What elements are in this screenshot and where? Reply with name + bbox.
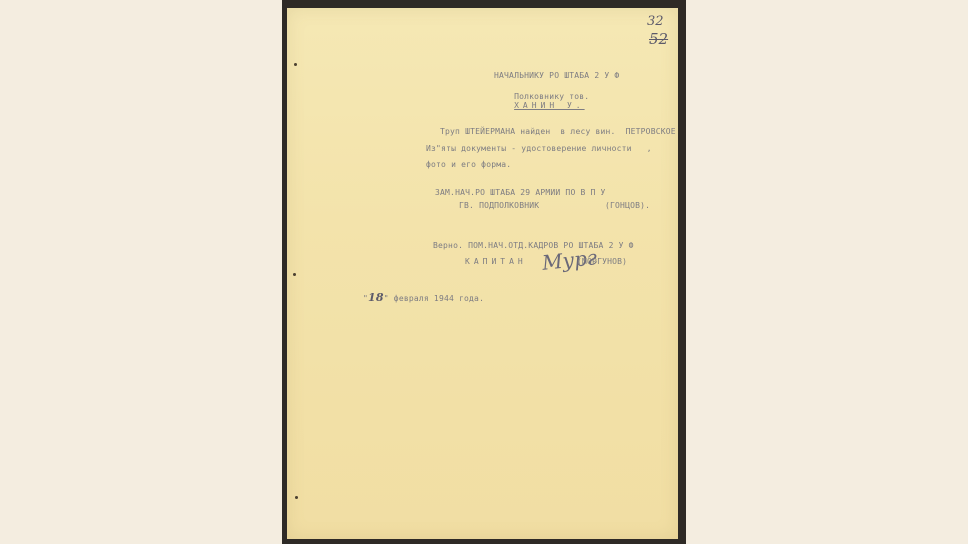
addressee-name: ХАНИН У. (514, 101, 585, 110)
signature-block2-rank: КАПИТАН (465, 257, 527, 266)
addressee-line2: Полковнику тов. ХАНИН У. (494, 83, 589, 119)
addressee-rank: Полковнику тов. (514, 92, 589, 101)
binder-mark (679, 88, 686, 100)
body-line1: Труп ШТЕЙЕРМАНА найден в лесу вин. ПЕТРО… (440, 127, 676, 136)
punch-hole (293, 273, 296, 276)
body-line2: Из"яты документы - удостоверение личност… (426, 144, 652, 153)
body-line3: фото и его форма. (426, 160, 511, 169)
signature-block1-line1: ЗАМ.НАЧ.РО ШТАБА 29 АРМИИ ПО В П У (435, 188, 606, 197)
document-page: 32 52 НАЧАЛЬНИКУ РО ШТАБА 2 У Ф Полковни… (287, 8, 678, 539)
addressee-line1: НАЧАЛЬНИКУ РО ШТАБА 2 У Ф (494, 71, 619, 80)
punch-hole (294, 63, 297, 66)
signature-block2-name: (МОРГУНОВ) (577, 257, 627, 266)
date-line: "18" февраля 1944 года. (363, 291, 484, 304)
signature-block1-name: (ГОНЦОВ). (605, 201, 650, 210)
punch-hole (295, 496, 298, 499)
signature-block2-line1: Верно. ПОМ.НАЧ.ОТД.КАДРОВ РО ШТАБА 2 У Ф (433, 241, 634, 250)
archive-number-top: 32 (647, 14, 664, 29)
signature-block1-rank: ГВ. ПОДПОЛКОВНИК (459, 201, 539, 210)
date-rest: февраля 1944 года. (394, 294, 484, 303)
date-day: 18 (368, 291, 384, 304)
archive-number-bottom: 52 (649, 30, 668, 48)
